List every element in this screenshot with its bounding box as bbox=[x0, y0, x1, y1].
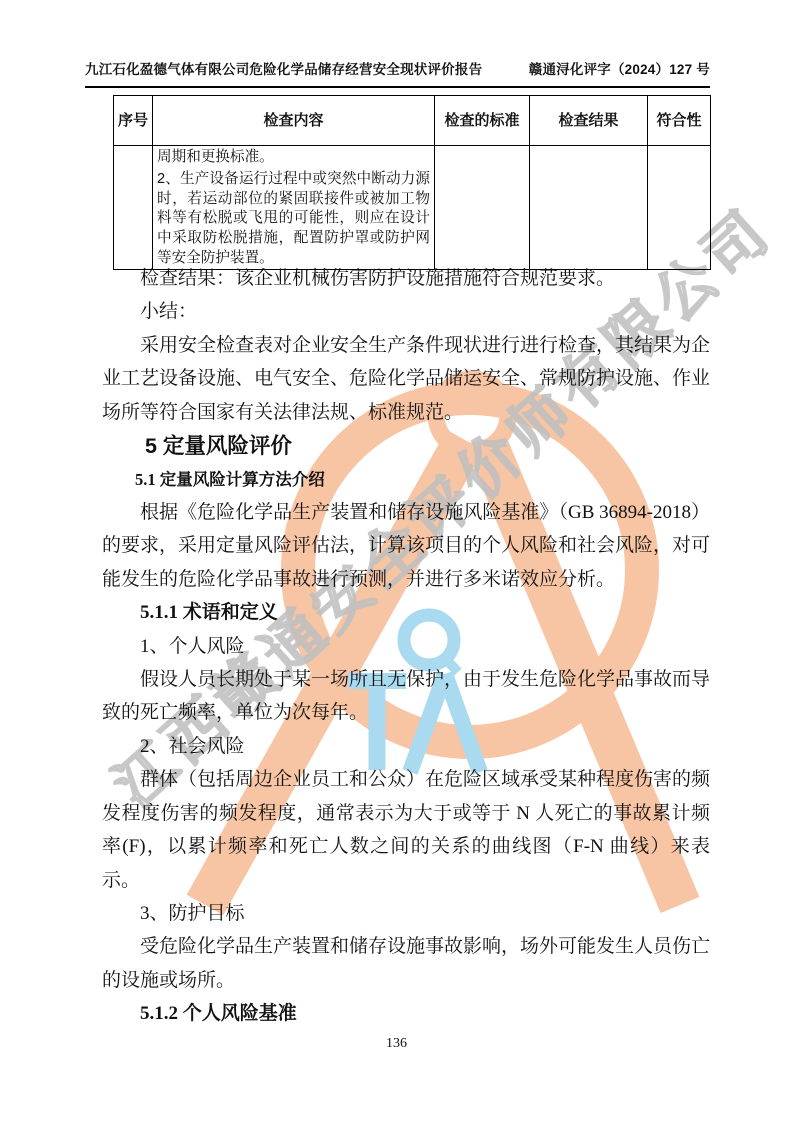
item3-text: 受危险化学品生产装置和储存设施事故影响，场外可能发生人员伤亡的设施或场所。 bbox=[102, 930, 710, 997]
cell-serial-empty bbox=[114, 146, 153, 270]
paragraph-check-result: 检查结果：该企业机械伤害防护设施措施符合规范要求。 bbox=[102, 262, 710, 295]
paragraph-summary: 采用安全检查表对企业安全生产条件现状进行进行检查，其结果为企业工艺设备设施、电气… bbox=[102, 329, 710, 429]
paragraph-summary-label: 小结： bbox=[102, 295, 710, 328]
cell-content-line: 2、生产设备运行过程中或突然中断动力源时，若运动部位的紧固联接件或被加工物料等有… bbox=[153, 168, 434, 269]
item1-title: 1、个人风险 bbox=[102, 630, 710, 663]
col-header-result: 检查结果 bbox=[530, 96, 648, 146]
item1-text: 假设人员长期处于某一场所且无保护，由于发生危险化学品事故而导致的死亡频率，单位为… bbox=[102, 663, 710, 730]
cell-standard-empty bbox=[435, 146, 530, 270]
section-heading-5-1-1: 5.1.1 术语和定义 bbox=[102, 596, 710, 629]
chapter-heading: 5 定量风险评价 bbox=[102, 429, 710, 463]
item2-text: 群体（包括周边企业员工和公众）在危险区域承受某种程度伤害的频发程度伤害的频发程度… bbox=[102, 763, 710, 897]
page-content: 九江石化盈德气体有限公司危险化学品储存经营安全现状评价报告 赣通浔化评字（202… bbox=[0, 0, 793, 1122]
col-header-content: 检查内容 bbox=[153, 96, 435, 146]
item2-title: 2、社会风险 bbox=[102, 730, 710, 763]
col-header-standard: 检查的标准 bbox=[435, 96, 530, 146]
header-report-title: 九江石化盈德气体有限公司危险化学品储存经营安全现状评价报告 bbox=[85, 58, 482, 78]
col-header-serial: 序号 bbox=[114, 96, 153, 146]
cell-content: 周期和更换标准。 2、生产设备运行过程中或突然中断动力源时，若运动部位的紧固联接… bbox=[153, 146, 435, 270]
cell-content-line: 周期和更换标准。 bbox=[153, 146, 434, 168]
col-header-compliance: 符合性 bbox=[648, 96, 711, 146]
item3-title: 3、防护目标 bbox=[102, 897, 710, 930]
paragraph-intro: 根据《危险化学品生产装置和储存设施风险基准》（GB 36894-2018）的要求… bbox=[102, 496, 710, 596]
inspection-table: 序号 检查内容 检查的标准 检查结果 符合性 周期和更换标准。 2、生产设备运行… bbox=[113, 95, 711, 270]
section-heading-5-1: 5.1 定量风险计算方法介绍 bbox=[102, 463, 710, 496]
section-heading-5-1-2: 5.1.2 个人风险基准 bbox=[102, 997, 710, 1030]
report-page: 江西赣通安全评价师有限公司 九江石化盈德气体有限公司危险化学品储存经营安全现状评… bbox=[0, 0, 793, 1122]
body-text: 检查结果：该企业机械伤害防护设施措施符合规范要求。 小结： 采用安全检查表对企业… bbox=[102, 262, 710, 1031]
table-row: 周期和更换标准。 2、生产设备运行过程中或突然中断动力源时，若运动部位的紧固联接… bbox=[114, 146, 711, 270]
header-doc-number: 赣通浔化评字（2024）127 号 bbox=[529, 58, 710, 78]
page-header: 九江石化盈德气体有限公司危险化学品储存经营安全现状评价报告 赣通浔化评字（202… bbox=[85, 58, 710, 78]
header-rule bbox=[85, 86, 710, 88]
page-number: 136 bbox=[0, 1036, 793, 1052]
cell-result-empty bbox=[530, 146, 648, 270]
cell-compliance-empty bbox=[648, 146, 711, 270]
table-header-row: 序号 检查内容 检查的标准 检查结果 符合性 bbox=[114, 96, 711, 146]
